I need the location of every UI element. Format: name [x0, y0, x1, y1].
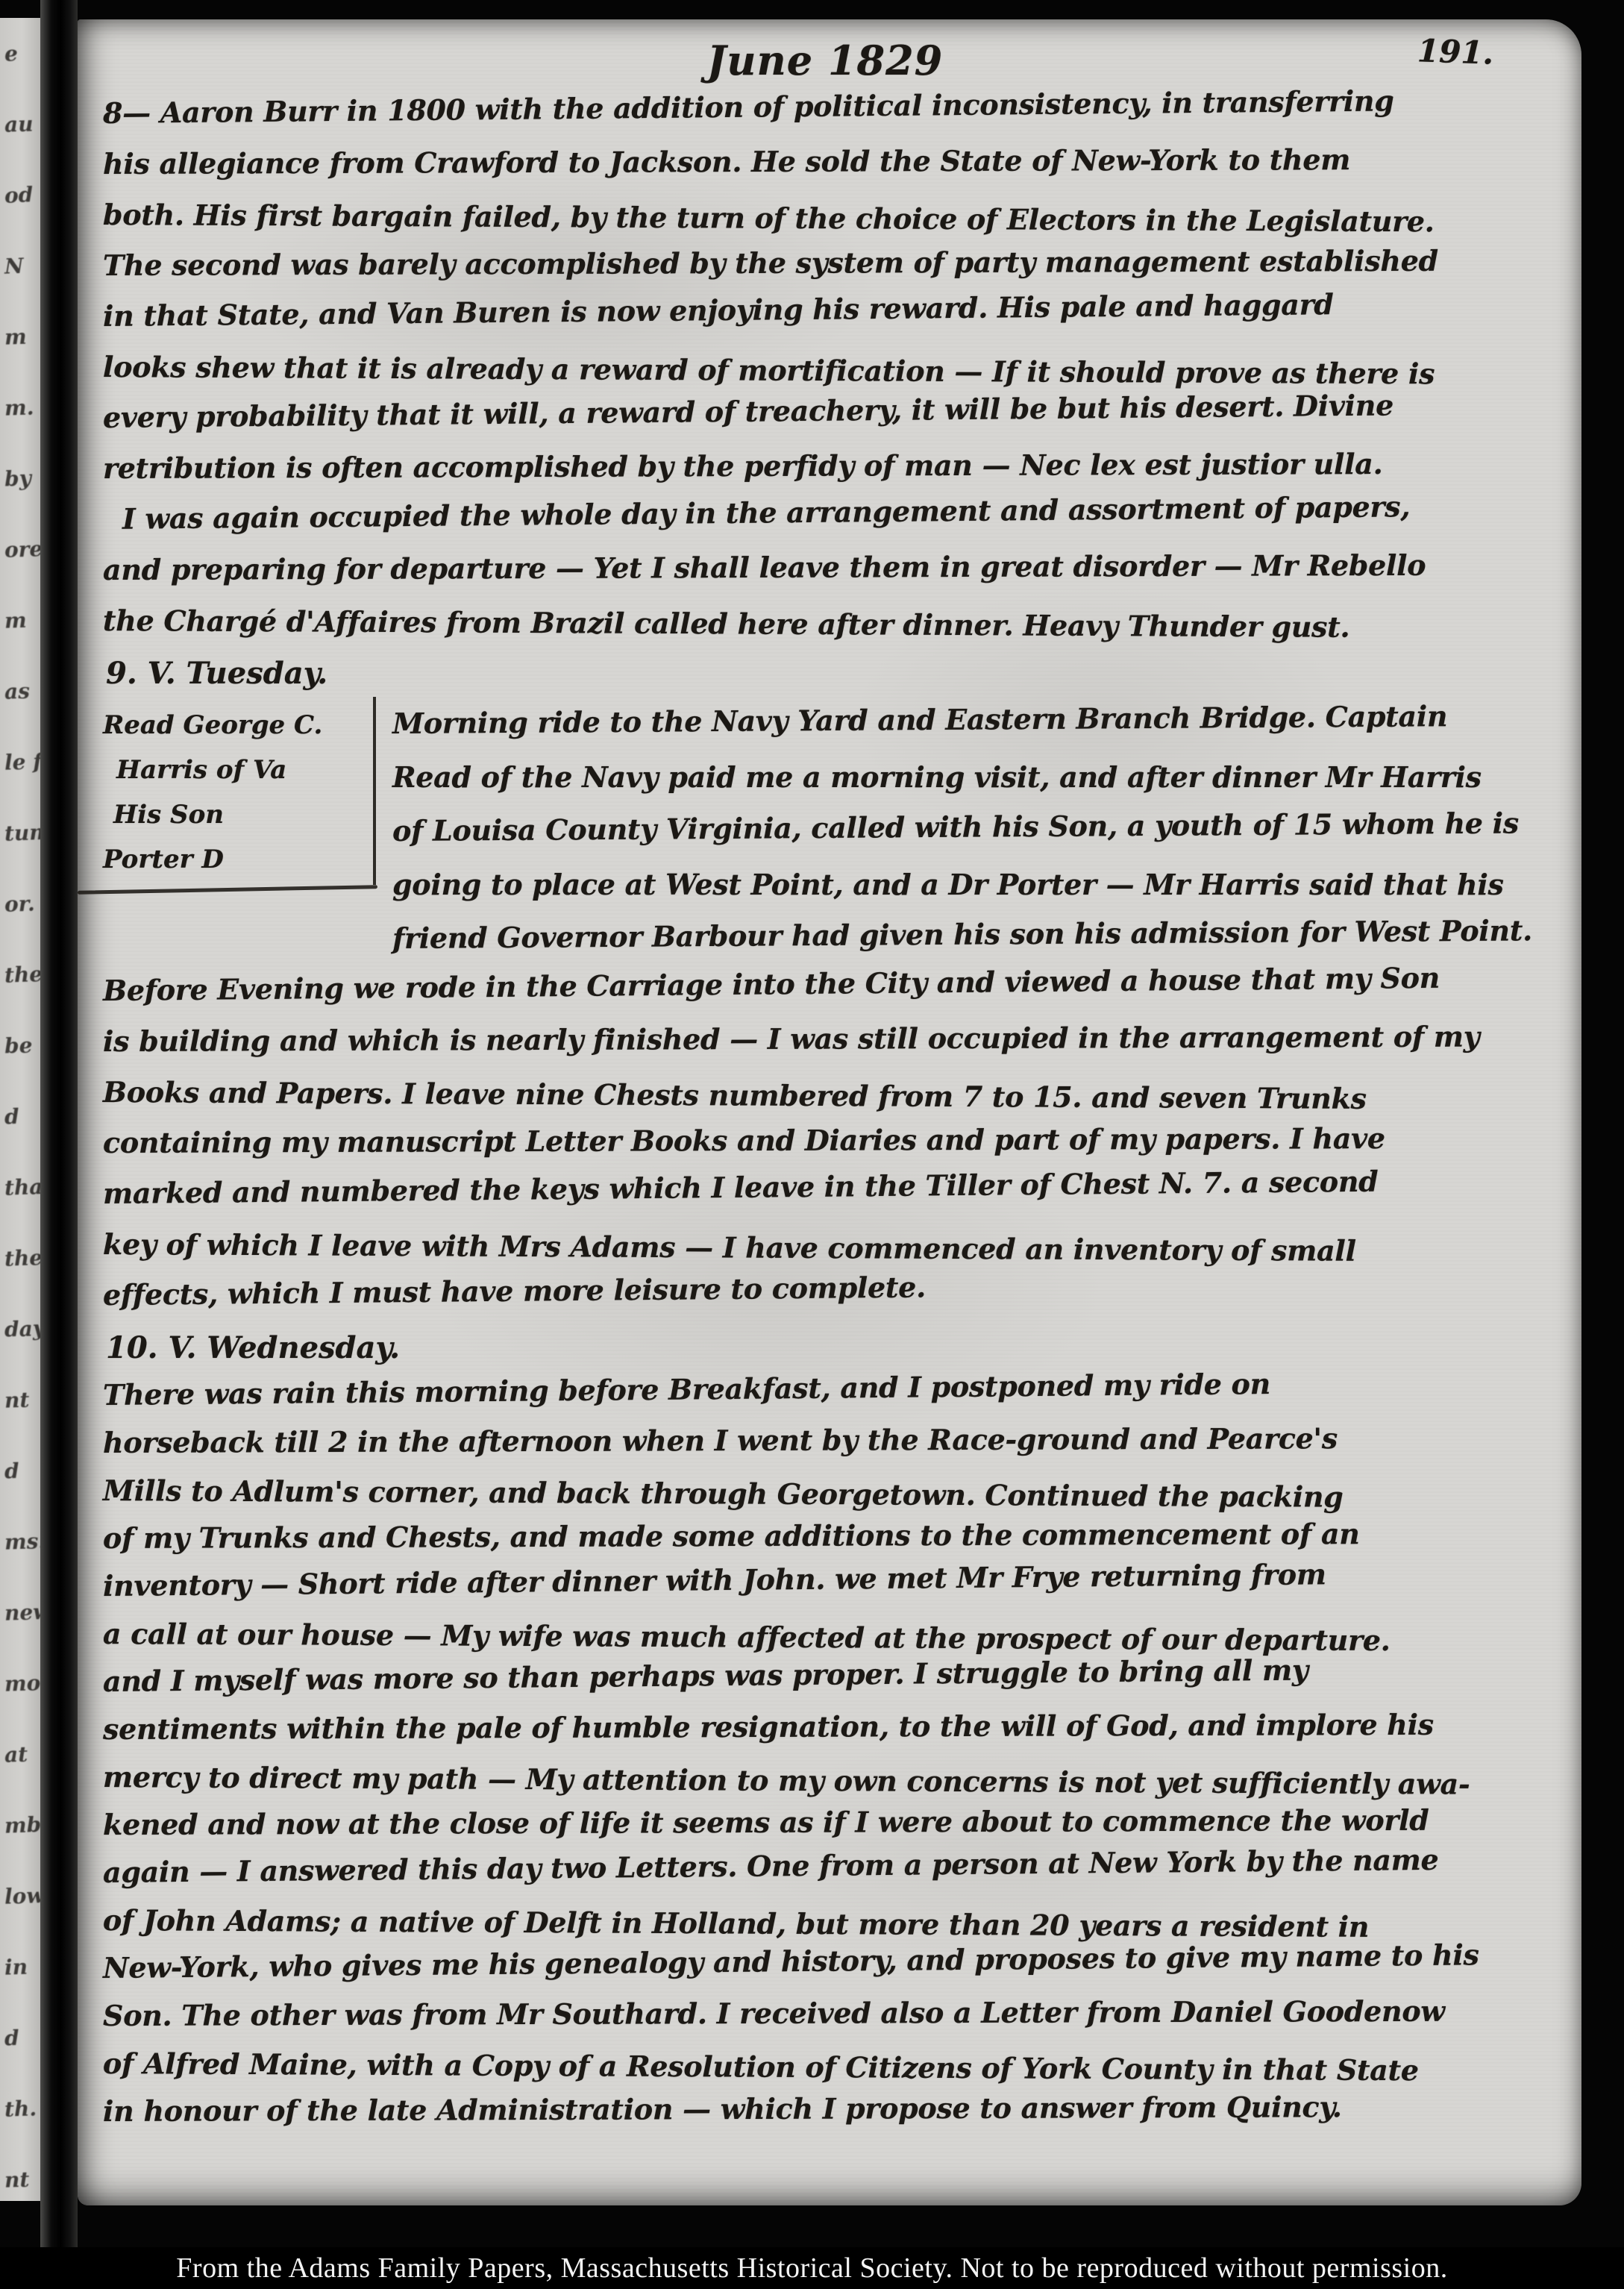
- facing-page-text-fragment: th.: [0, 2073, 40, 2145]
- manuscript-line: is building and which is nearly finished…: [103, 1011, 1547, 1067]
- manuscript-line: Morning ride to the Navy Yard and Easter…: [392, 689, 1547, 751]
- facing-page-text-fragment: or.: [0, 868, 40, 940]
- facing-page-edge: eauodNmm.byoremasle fuitumor.thebedthatt…: [0, 18, 40, 2201]
- manuscript-line: Read of the Navy paid me a morning visit…: [392, 751, 1547, 804]
- entry-8-paragraph-2: I was again occupied the whole day in th…: [103, 494, 1547, 646]
- facing-page-text-fragment: m: [0, 301, 40, 373]
- facing-page-text-fragment: in: [0, 1931, 40, 2003]
- facing-page-text-fragment: d: [0, 1080, 40, 1153]
- facing-page-text-fragment: day: [0, 1293, 40, 1365]
- margin-rule-horizontal: [78, 885, 377, 895]
- facing-page-text-fragment: m: [0, 584, 40, 657]
- facing-page-text-fragment: d: [0, 2002, 40, 2074]
- facing-page-text-fragment: au: [0, 88, 40, 160]
- facing-page-text-fragment: nt: [0, 1364, 40, 1436]
- facing-page-text-fragment: by: [0, 442, 40, 515]
- facing-page-text-fragment: that: [0, 1151, 40, 1224]
- margin-note-line: His Son: [103, 792, 373, 837]
- margin-note-line: Harris of Va: [103, 748, 373, 792]
- facing-page-text-fragment: be: [0, 1009, 40, 1082]
- facing-page-text-fragment: e: [0, 18, 40, 90]
- facing-page-text-fragment: ore: [0, 513, 40, 586]
- entry-10-body: There was rain this morning before Break…: [103, 1371, 1547, 2135]
- facing-page-text-fragment: tum: [0, 797, 40, 869]
- manuscript-line: and preparing for departure — Yet I shal…: [103, 539, 1547, 595]
- facing-page-text-fragment: new: [0, 1576, 40, 1649]
- manuscript-line: Son. The other was from Mr Southard. I r…: [103, 1987, 1547, 2040]
- entry-9-body: Before Evening we rode in the Carriage i…: [103, 965, 1547, 1321]
- manuscript-line: going to place at West Point, and a Dr P…: [392, 858, 1547, 912]
- facing-page-text-fragment: le fui: [0, 726, 40, 798]
- page-number: 191.: [1417, 33, 1494, 72]
- facing-page-text-fragment: ms.: [0, 1506, 40, 1578]
- manuscript-line: the Chargé d'Affaires from Brazil called…: [103, 595, 1547, 654]
- scan-frame: eauodNmm.byoremasle fuitumor.thebedthatt…: [0, 0, 1624, 2289]
- footer-credit-text: From the Adams Family Papers, Massachuse…: [176, 2252, 1447, 2284]
- manuscript-line: horseback till 2 in the afternoon when I…: [103, 1414, 1547, 1467]
- facing-page-text-fragment: the: [0, 1222, 40, 1294]
- entry-9-margin-notes: Read George C.Harris of VaHis SonPorter …: [103, 697, 376, 885]
- facing-page-text-fragment: m.: [0, 372, 40, 444]
- manuscript-line: sentiments within the pale of humble res…: [103, 1700, 1547, 1753]
- entry-9-heading: 9. V. Tuesday.: [106, 652, 1547, 695]
- entry-8-paragraph-1: 8— Aaron Burr in 1800 with the addition …: [103, 88, 1547, 494]
- margin-note-line: Porter D: [103, 837, 373, 882]
- entry-9-block: Read George C.Harris of VaHis SonPorter …: [103, 697, 1547, 965]
- facing-page-text-fragment: at: [0, 1718, 40, 1791]
- facing-page-text-fragment: d: [0, 1435, 40, 1507]
- facing-page-text-fragment: mor: [0, 1647, 40, 1720]
- margin-note-line: Read George C.: [103, 703, 373, 748]
- manuscript-line: his allegiance from Crawford to Jackson.…: [103, 134, 1547, 190]
- facing-page-text-fragment: od: [0, 159, 40, 231]
- facing-page-text-fragment: low: [0, 1860, 40, 1932]
- book-gutter: [40, 0, 78, 2289]
- entry-9-indented-text: Morning ride to the Navy Yard and Easter…: [376, 697, 1547, 965]
- manuscript-page: 191. June 1829 8— Aaron Burr in 1800 wit…: [78, 19, 1581, 2205]
- manuscript-line: of Louisa County Virginia, called with h…: [392, 796, 1547, 858]
- facing-page-text-fragment: the: [0, 939, 40, 1011]
- facing-page-text-fragment: nt: [0, 2144, 40, 2201]
- footer-credit-bar: From the Adams Family Papers, Massachuse…: [0, 2247, 1624, 2289]
- facing-page-text-fragment: N: [0, 230, 40, 302]
- facing-page-text-fragment: as: [0, 655, 40, 727]
- facing-page-text-fragment: mbr: [0, 1789, 40, 1861]
- manuscript-line: in honour of the late Administration — w…: [103, 2082, 1547, 2135]
